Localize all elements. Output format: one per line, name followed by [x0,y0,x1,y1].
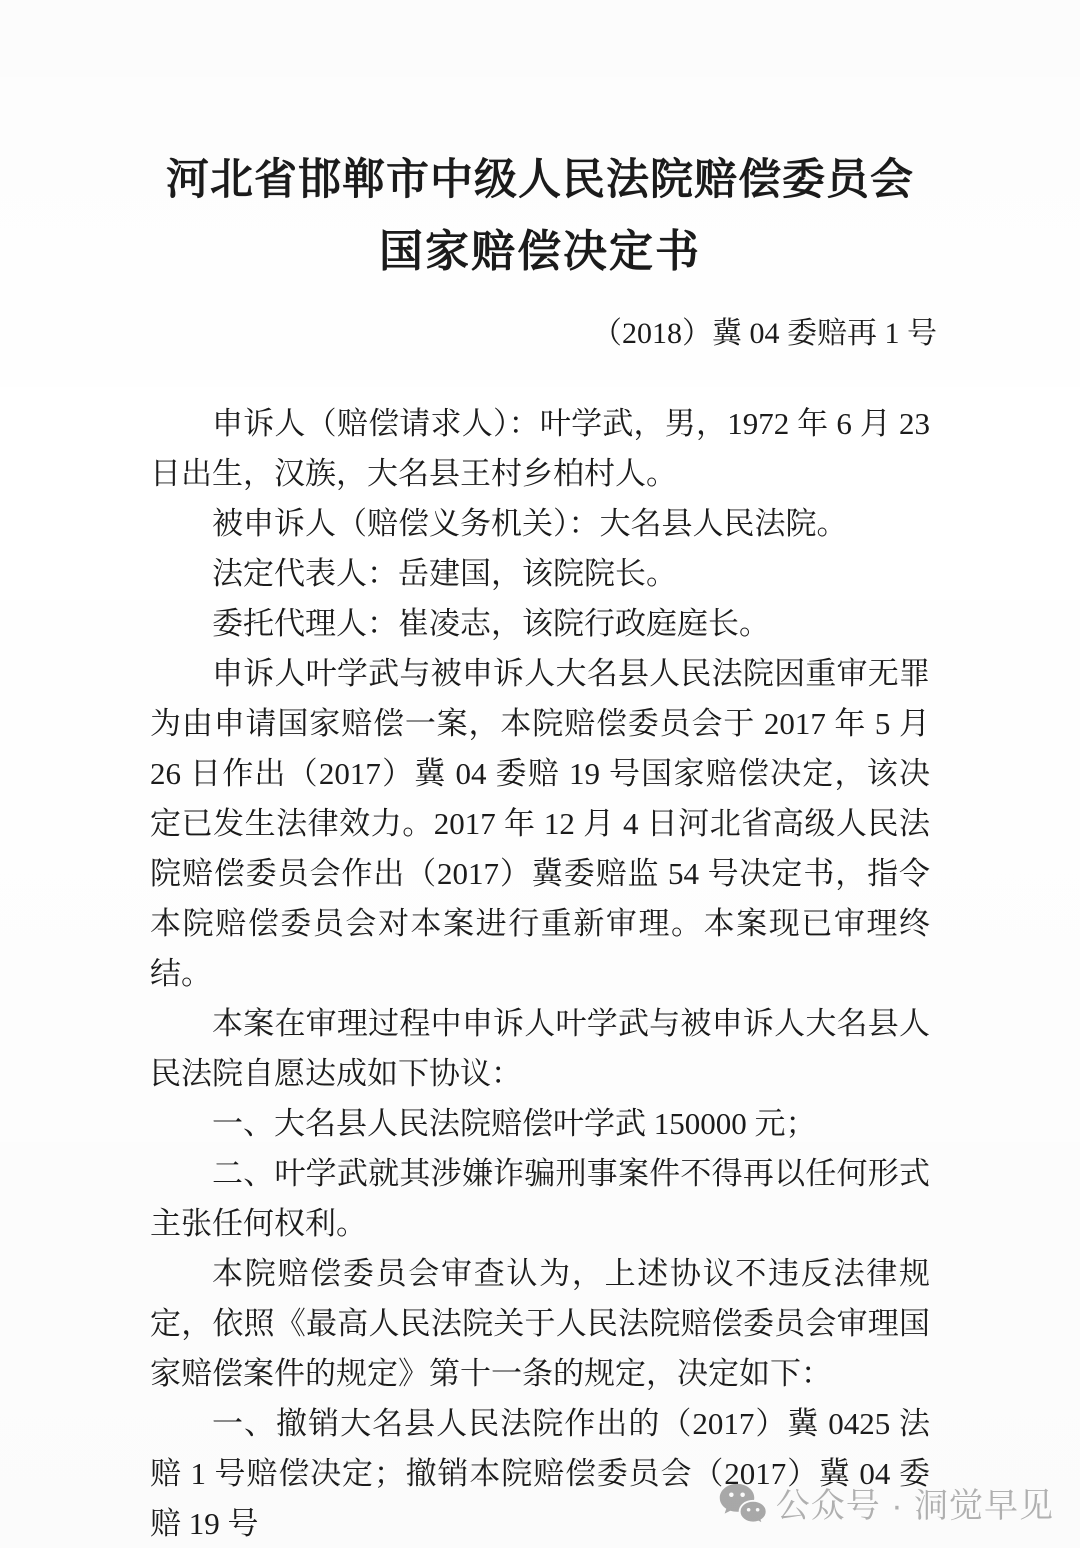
paragraph-agent: 委托代理人：崔凌志，该院行政庭庭长。 [150,599,930,649]
paragraph-agreement-intro: 本案在审理过程中申诉人叶学武与被申诉人大名县人民法院自愿达成如下协议： [150,999,930,1099]
document-page: 河北省邯郸市中级人民法院赔偿委员会 国家赔偿决定书 （2018）冀 04 委赔再… [0,0,1080,1548]
paragraph-legal-rep: 法定代表人：岳建国，该院院长。 [150,549,930,599]
paragraph-claimant: 申诉人（赔偿请求人）：叶学武，男，1972 年 6 月 23 日出生，汉族，大名… [150,399,930,499]
paragraph-respondent: 被申诉人（赔偿义务机关）：大名县人民法院。 [150,499,930,549]
document-body: 申诉人（赔偿请求人）：叶学武，男，1972 年 6 月 23 日出生，汉族，大名… [150,399,930,1548]
watermark-text: 公众号 · 洞觉早见 [776,1478,1054,1527]
paragraph-review-opinion: 本院赔偿委员会审查认为，上述协议不违反法律规定，依照《最高人民法院关于人民法院赔… [150,1249,930,1399]
court-title: 河北省邯郸市中级人民法院赔偿委员会 [0,0,1080,208]
paragraph-case-history: 申诉人叶学武与被申诉人大名县人民法院因重审无罪为由申请国家赔偿一案，本院赔偿委员… [150,649,930,999]
paragraph-agreement-item2: 二、叶学武就其涉嫌诈骗刑事案件不得再以任何形式主张任何权利。 [150,1149,930,1249]
document-title: 国家赔偿决定书 [0,224,1080,279]
wechat-icon [719,1483,767,1523]
case-number: （2018）冀 04 委赔再 1 号 [0,315,1080,353]
watermark: 公众号 · 洞觉早见 [719,1478,1054,1527]
paragraph-agreement-item1: 一、大名县人民法院赔偿叶学武 150000 元； [150,1099,930,1149]
